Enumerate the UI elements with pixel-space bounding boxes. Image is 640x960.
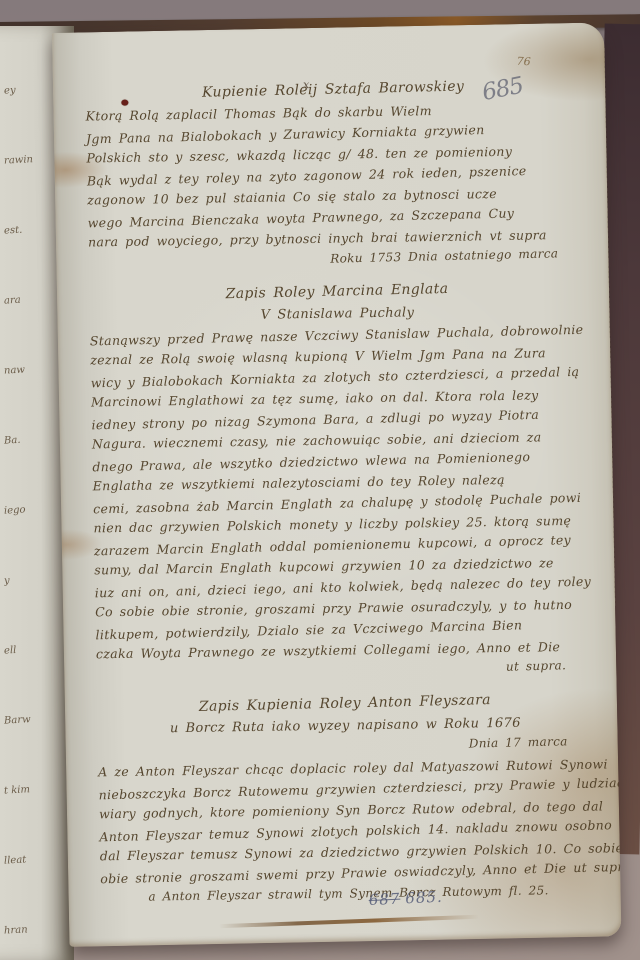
- verso-text-fragment: ell: [4, 642, 66, 656]
- folio-number-bottom: 687685.: [368, 888, 443, 909]
- manuscript-section: Zapis Kupienia Roley Anton Fleyszarau Bo…: [97, 689, 597, 909]
- verso-text-fragment: iego: [4, 502, 66, 516]
- verso-text-fragment: y: [4, 572, 66, 586]
- verso-text-fragment: Ba.: [4, 432, 66, 446]
- verso-text-fragment: lleat: [4, 852, 66, 866]
- manuscript-section: Zapis Roley Marcina EnglataV Stanislawa …: [89, 277, 593, 686]
- manuscript-photo: eyrawinest.aranawBa.iegoyellBarwt kimlle…: [0, 0, 640, 960]
- folio-number-current: 685.: [405, 888, 443, 908]
- handwritten-text: Kupienie Roleij Sztafa BarowskieyKtorą R…: [52, 22, 621, 946]
- manuscript-page: x 76 685 Kupienie Roleij Sztafa Barowski…: [52, 22, 621, 946]
- verso-text-fragment: hran: [4, 922, 66, 936]
- verso-text-fragment: Barw: [4, 712, 66, 726]
- verso-text-fragment: t kim: [4, 782, 66, 796]
- manuscript-section: Kupienie Roleij Sztafa BarowskieyKtorą R…: [85, 75, 585, 274]
- folio-number-crossed-out: 687: [368, 890, 400, 909]
- verso-text-fragment: naw: [4, 362, 66, 376]
